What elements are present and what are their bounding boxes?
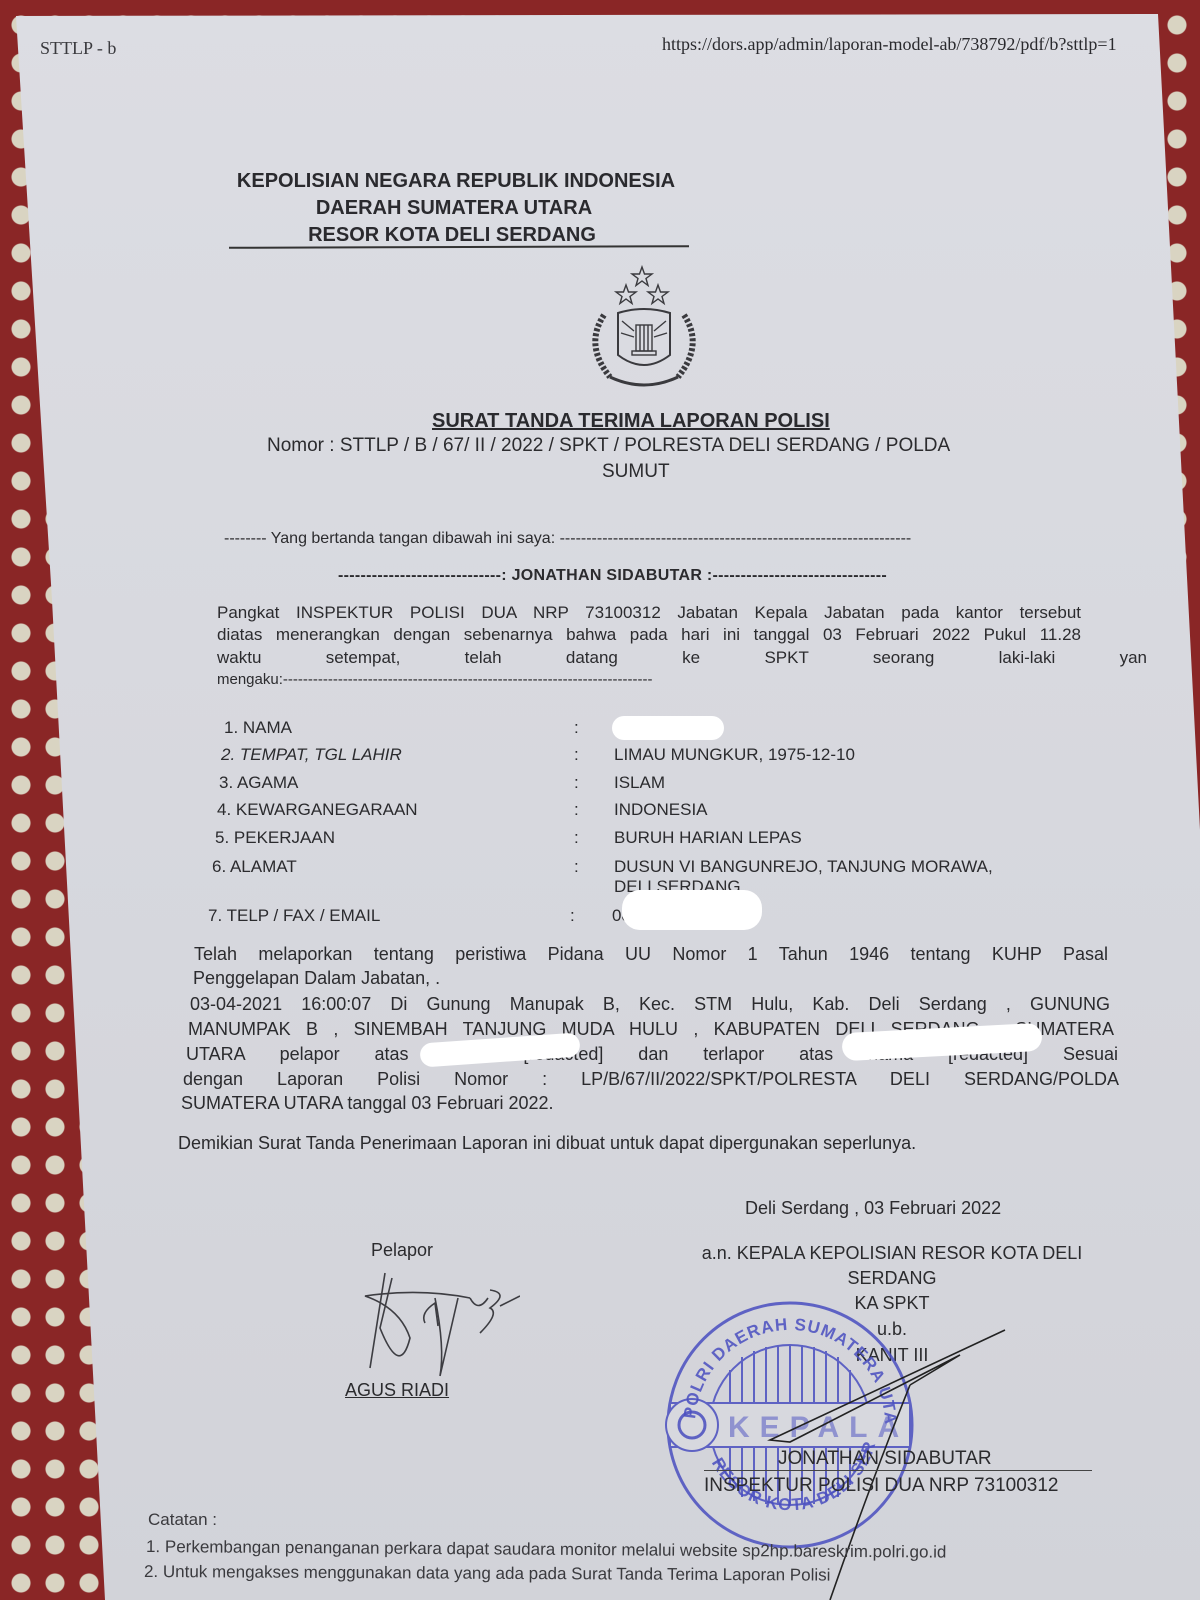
reporter-name: AGUS RIADI <box>345 1380 449 1401</box>
document-title: SURAT TANDA TERIMA LAPORAN POLISI <box>432 410 830 433</box>
report-paragraph-line: SUMATERA UTARA tanggal 03 Februari 2022. <box>181 1093 554 1114</box>
reporter-signature <box>360 1268 520 1378</box>
form-code: STTLP - b <box>40 38 116 59</box>
notes-heading: Catatan : <box>148 1510 217 1530</box>
field-colon: : <box>574 828 579 848</box>
report-number-continued: SUMUT <box>602 461 670 483</box>
note-item: 2. Untuk mengakses menggunakan data yang… <box>144 1562 831 1586</box>
reporter-label: Pelapor <box>371 1240 433 1261</box>
official-title-line1: a.n. KEPALA KEPOLISIAN RESOR KOTA DELI <box>672 1243 1112 1264</box>
signatory-intro: -------- Yang bertanda tangan dibawah in… <box>224 530 911 548</box>
intro-paragraph-line: Pangkat INSPEKTUR POLISI DUA NRP 7310031… <box>217 603 1081 623</box>
field-value-kewarganegaraan: INDONESIA <box>614 800 708 820</box>
field-label-alamat: 6. ALAMAT <box>212 857 297 877</box>
field-value-tempat-tgl-lahir: LIMAU MUNGKUR, 1975-12-10 <box>614 745 855 765</box>
official-name-rule <box>704 1470 1092 1471</box>
org-header-line2: DAERAH SUMATERA UTARA <box>224 197 684 220</box>
field-value-agama: ISLAM <box>614 773 665 793</box>
official-title-line2: SERDANG <box>672 1268 1112 1289</box>
field-label-tempat-tgl-lahir: 2. TEMPAT, TGL LAHIR <box>221 745 402 765</box>
intro-paragraph-line: waktu setempat, telah datang ke SPKT seo… <box>217 648 1147 668</box>
field-label-kewarganegaraan: 4. KEWARGANEGARAAN <box>217 800 418 820</box>
org-header-line3: RESOR KOTA DELI SERDANG <box>222 224 682 247</box>
redaction-mark <box>612 716 724 740</box>
field-label-agama: 3. AGAMA <box>219 773 298 793</box>
report-paragraph-line: Penggelapan Dalam Jabatan, . <box>193 968 440 989</box>
field-label-telp: 7. TELP / FAX / EMAIL <box>208 906 380 926</box>
field-colon: : <box>574 773 579 793</box>
field-colon: : <box>574 745 579 765</box>
report-paragraph-line: Telah melaporkan tentang peristiwa Pidan… <box>194 944 1108 965</box>
field-value-alamat: DUSUN VI BANGUNREJO, TANJUNG MORAWA, <box>614 857 993 877</box>
closing-statement: Demikian Surat Tanda Penerimaan Laporan … <box>178 1133 916 1154</box>
field-colon: : <box>574 800 579 820</box>
polri-emblem-icon <box>574 265 714 395</box>
report-number: Nomor : STTLP / B / 67/ II / 2022 / SPKT… <box>267 435 950 457</box>
field-colon: : <box>574 718 579 738</box>
org-header-line1: KEPOLISIAN NEGARA REPUBLIK INDONESIA <box>226 170 686 193</box>
intro-paragraph-line: diatas menerangkan dengan sebenarnya bah… <box>217 625 1081 645</box>
official-rank: INSPEKTUR POLISI DUA NRP 73100312 <box>704 1475 1058 1497</box>
field-value-pekerjaan: BURUH HARIAN LEPAS <box>614 828 802 848</box>
official-name: JONATHAN SIDABUTAR <box>778 1448 992 1470</box>
report-paragraph-line: 03-04-2021 16:00:07 Di Gunung Manupak B,… <box>190 994 1110 1015</box>
field-colon: : <box>574 857 579 877</box>
redaction-mark <box>622 890 762 930</box>
report-paragraph-line: dengan Laporan Polisi Nomor : LP/B/67/II… <box>183 1069 1119 1090</box>
field-colon: : <box>570 906 575 926</box>
intro-paragraph-line: mengaku:--------------------------------… <box>217 671 1081 688</box>
field-label-pekerjaan: 5. PEKERJAAN <box>215 828 335 848</box>
signatory-name-line: -----------------------------: JONATHAN … <box>338 567 887 585</box>
field-label-nama: 1. NAMA <box>224 718 292 738</box>
place-date: Deli Serdang , 03 Februari 2022 <box>745 1198 1001 1219</box>
source-url: https://dors.app/admin/laporan-model-ab/… <box>662 34 1117 55</box>
